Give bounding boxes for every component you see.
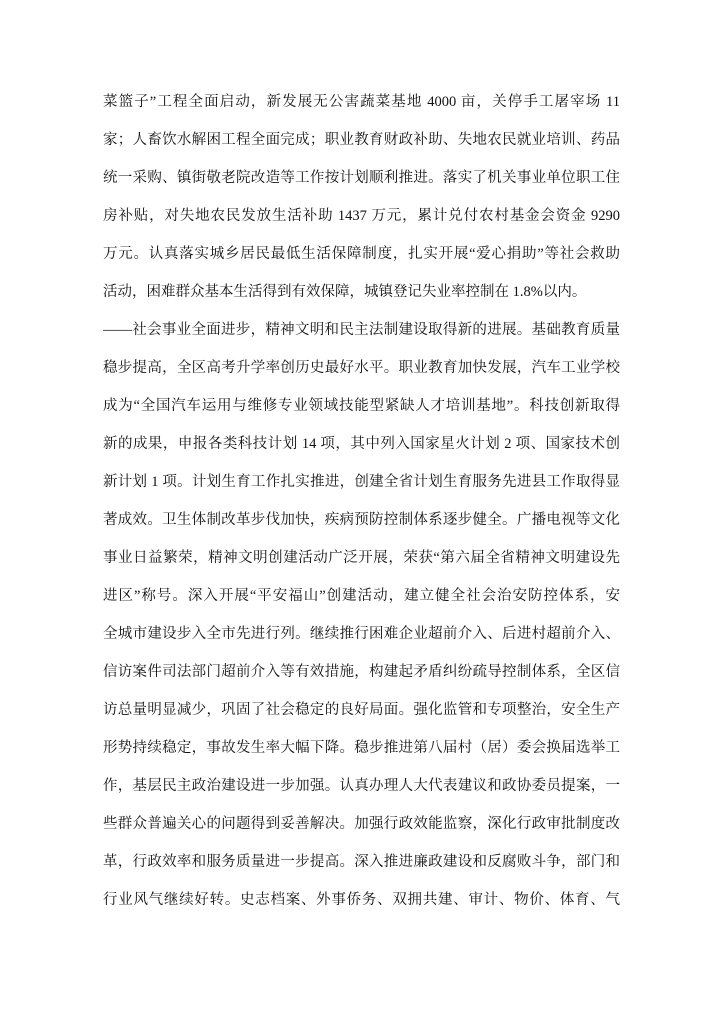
text-line: 新计划 1 项。计划生育工作扎实推进，创建全省计划生育服务先进县工作取得显 <box>103 463 620 501</box>
text-line: 革，行政效率和服务质量进一步提高。深入推进廉政建设和反腐败斗争，部门和 <box>103 843 620 881</box>
text-line: 统一采购、镇街敬老院改造等工作按计划顺利推进。落实了机关事业单位职工住 <box>103 159 620 197</box>
text-line: 事业日益繁荣，精神文明创建活动广泛开展，荣获“第六届全省精神文明建设先 <box>103 539 620 577</box>
text-line: 行业风气继续好转。史志档案、外事侨务、双拥共建、审计、物价、体育、气象、 <box>103 881 620 919</box>
paragraph: 菜篮子”工程全面启动，新发展无公害蔬菜基地 4000 亩，关停手工屠宰场 11 … <box>103 83 620 311</box>
text-line: 新的成果，申报各类科技计划 14 项，其中列入国家星火计划 2 项、国家技术创 <box>103 425 620 463</box>
text-line: 作，基层民主政治建设进一步加强。认真办理人大代表建议和政协委员提案，一 <box>103 767 620 805</box>
text-line: 形势持续稳定，事故发生率大幅下降。稳步推进第八届村（居）委会换届选举工 <box>103 729 620 767</box>
text-line: 进区”称号。深入开展“平安福山”创建活动，建立健全社会治安防控体系，安 <box>103 577 620 615</box>
text-line: 著成效。卫生体制改革步伐加快，疾病预防控制体系逐步健全。广播电视等文化 <box>103 501 620 539</box>
text-line: 家；人畜饮水解困工程全面完成；职业教育财政补助、失地农民就业培训、药品 <box>103 121 620 159</box>
text-line: 菜篮子”工程全面启动，新发展无公害蔬菜基地 4000 亩，关停手工屠宰场 11 <box>103 83 620 121</box>
text-line: 访总量明显减少，巩固了社会稳定的良好局面。强化监管和专项整治，安全生产 <box>103 691 620 729</box>
text-line: 些群众普遍关心的问题得到妥善解决。加强行政效能监察，深化行政审批制度改 <box>103 805 620 843</box>
paragraph: ——社会事业全面进步，精神文明和民主法制建设取得新的进展。基础教育质量 稳步提高… <box>103 311 620 919</box>
text-line: 全城市建设步入全市先进行列。继续推行困难企业超前介入、后进村超前介入、 <box>103 615 620 653</box>
document-text: 菜篮子”工程全面启动，新发展无公害蔬菜基地 4000 亩，关停手工屠宰场 11 … <box>103 83 620 919</box>
text-line: 信访案件司法部门超前介入等有效措施，构建起矛盾纠纷疏导控制体系，全区信 <box>103 653 620 691</box>
text-line: 活动，困难群众基本生活得到有效保障，城镇登记失业率控制在 1.8%以内。 <box>103 273 620 311</box>
text-line: ——社会事业全面进步，精神文明和民主法制建设取得新的进展。基础教育质量 <box>103 311 620 349</box>
text-line: 万元。认真落实城乡居民最低生活保障制度，扎实开展“爱心捐助”等社会救助 <box>103 235 620 273</box>
document-page: 菜篮子”工程全面启动，新发展无公害蔬菜基地 4000 亩，关停手工屠宰场 11 … <box>0 0 721 1020</box>
text-line: 房补贴，对失地农民发放生活补助 1437 万元，累计兑付农村基金会资金 9290 <box>103 197 620 235</box>
text-line: 成为“全国汽车运用与维修专业领域技能型紧缺人才培训基地”。科技创新取得 <box>103 387 620 425</box>
text-line: 稳步提高，全区高考升学率创历史最好水平。职业教育加快发展，汽车工业学校 <box>103 349 620 387</box>
